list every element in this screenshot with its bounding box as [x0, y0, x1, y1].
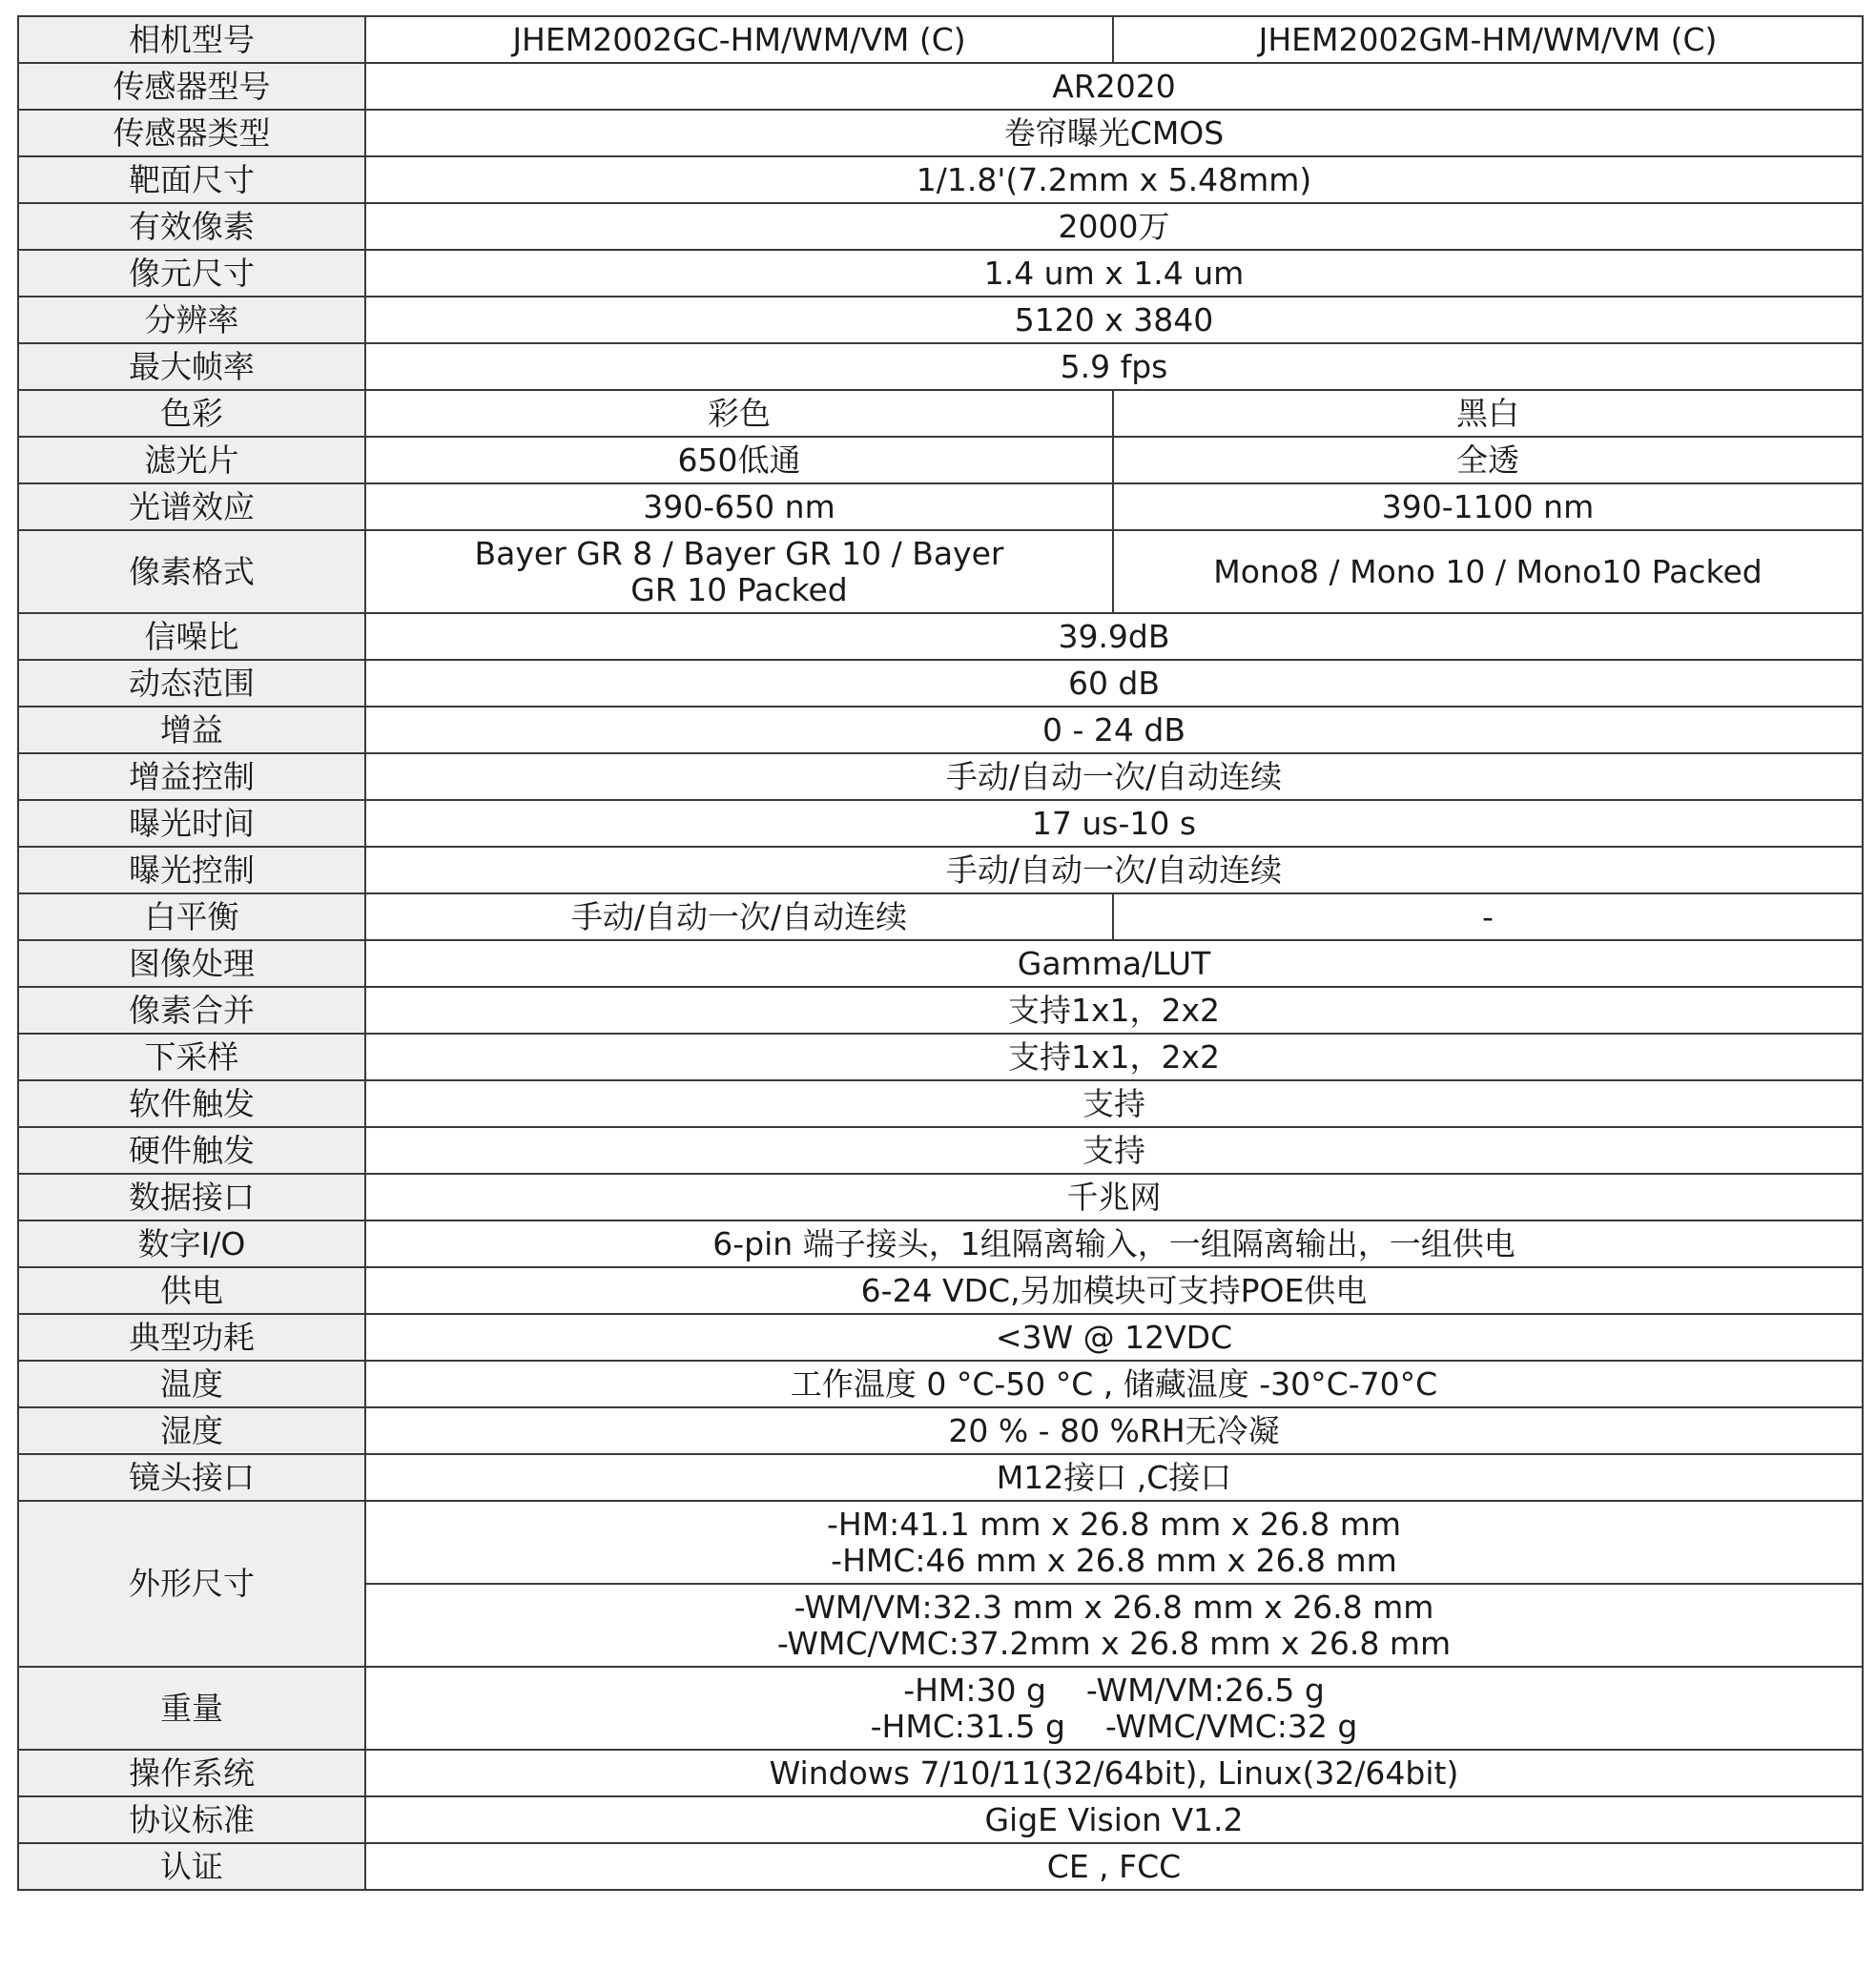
dimension-line: -HM:41.1 mm x 26.8 mm x 26.8 mm — [372, 1507, 1856, 1543]
weight-line: -HM:30 g -WM/VM:26.5 g — [372, 1672, 1856, 1709]
spec-value: 0 - 24 dB — [365, 707, 1863, 753]
spec-table-body: 相机型号JHEM2002GC-HM/WM/VM (C)JHEM2002GM-HM… — [18, 16, 1863, 1890]
spec-row: 协议标准GigE Vision V1.2 — [18, 1796, 1863, 1843]
spec-label: 温度 — [18, 1361, 365, 1407]
spec-label: 最大帧率 — [18, 343, 365, 390]
spec-row: 光谱效应390-650 nm390-1100 nm — [18, 483, 1863, 530]
spec-row: 靶面尺寸1/1.8'(7.2mm x 5.48mm) — [18, 156, 1863, 203]
spec-row: 色彩彩色黑白 — [18, 390, 1863, 437]
spec-label: 像素格式 — [18, 530, 365, 613]
spec-value: 1.4 um x 1.4 um — [365, 250, 1863, 297]
spec-row: 分辨率5120 x 3840 — [18, 297, 1863, 343]
spec-value: 5.9 fps — [365, 343, 1863, 390]
spec-label: 协议标准 — [18, 1796, 365, 1843]
dimension-line: -WM/VM:32.3 mm x 26.8 mm x 26.8 mm — [372, 1590, 1856, 1626]
spec-label-weight: 重量 — [18, 1667, 365, 1750]
spec-row: 动态范围60 dB — [18, 660, 1863, 707]
spec-label: 数据接口 — [18, 1174, 365, 1220]
spec-label: 数字I/O — [18, 1220, 365, 1267]
spec-value-color: 650低通 — [365, 437, 1113, 483]
spec-label: 镜头接口 — [18, 1454, 365, 1501]
spec-value-mono: 黑白 — [1113, 390, 1863, 437]
spec-row: 滤光片650低通全透 — [18, 437, 1863, 483]
spec-label: 湿度 — [18, 1407, 365, 1454]
spec-value: AR2020 — [365, 63, 1863, 110]
spec-label-dimensions: 外形尺寸 — [18, 1501, 365, 1667]
spec-label: 典型功耗 — [18, 1314, 365, 1361]
spec-row: 数据接口千兆网 — [18, 1174, 1863, 1220]
dimension-block: -HM:41.1 mm x 26.8 mm x 26.8 mm-HMC:46 m… — [365, 1501, 1863, 1584]
dimension-line: -HMC:46 mm x 26.8 mm x 26.8 mm — [372, 1543, 1856, 1579]
spec-label: 传感器型号 — [18, 63, 365, 110]
spec-value-color: 手动/自动一次/自动连续 — [365, 893, 1113, 940]
spec-value: <3W @ 12VDC — [365, 1314, 1863, 1361]
spec-value-mono: Mono8 / Mono 10 / Mono10 Packed — [1113, 530, 1863, 613]
spec-value: 17 us-10 s — [365, 800, 1863, 847]
spec-row: 操作系统Windows 7/10/11(32/64bit), Linux(32/… — [18, 1750, 1863, 1796]
spec-label: 认证 — [18, 1843, 365, 1890]
spec-label: 供电 — [18, 1267, 365, 1314]
spec-row: 认证CE , FCC — [18, 1843, 1863, 1890]
spec-value: 6-pin 端子接头，1组隔离输入，一组隔离输出，一组供电 — [365, 1220, 1863, 1267]
spec-value: 支持1x1，2x2 — [365, 1034, 1863, 1080]
spec-value: Windows 7/10/11(32/64bit), Linux(32/64bi… — [365, 1750, 1863, 1796]
spec-row: 重量-HM:30 g -WM/VM:26.5 g-HMC:31.5 g -WMC… — [18, 1667, 1863, 1750]
spec-label: 曝光时间 — [18, 800, 365, 847]
spec-row: 增益控制手动/自动一次/自动连续 — [18, 753, 1863, 800]
spec-label: 信噪比 — [18, 613, 365, 660]
spec-value: Gamma/LUT — [365, 940, 1863, 987]
dimension-line: -WMC/VMC:37.2mm x 26.8 mm x 26.8 mm — [372, 1626, 1856, 1662]
spec-row: 典型功耗<3W @ 12VDC — [18, 1314, 1863, 1361]
spec-value: 卷帘曝光CMOS — [365, 110, 1863, 156]
spec-row: 图像处理Gamma/LUT — [18, 940, 1863, 987]
spec-value: 手动/自动一次/自动连续 — [365, 753, 1863, 800]
spec-label: 像元尺寸 — [18, 250, 365, 297]
spec-label: 分辨率 — [18, 297, 365, 343]
model-color: JHEM2002GC-HM/WM/VM (C) — [365, 16, 1113, 63]
spec-value: 5120 x 3840 — [365, 297, 1863, 343]
spec-value: 手动/自动一次/自动连续 — [365, 847, 1863, 893]
spec-row: 数字I/O6-pin 端子接头，1组隔离输入，一组隔离输出，一组供电 — [18, 1220, 1863, 1267]
spec-row: 曝光时间17 us-10 s — [18, 800, 1863, 847]
spec-value: 支持 — [365, 1127, 1863, 1174]
spec-row: 像素格式Bayer GR 8 / Bayer GR 10 / BayerGR 1… — [18, 530, 1863, 613]
spec-row: 供电6-24 VDC,另加模块可支持POE供电 — [18, 1267, 1863, 1314]
spec-row: 白平衡手动/自动一次/自动连续- — [18, 893, 1863, 940]
spec-row: 有效像素2000万 — [18, 203, 1863, 250]
spec-row: 软件触发支持 — [18, 1080, 1863, 1127]
spec-row: 增益0 - 24 dB — [18, 707, 1863, 753]
spec-label: 靶面尺寸 — [18, 156, 365, 203]
spec-row: 像元尺寸1.4 um x 1.4 um — [18, 250, 1863, 297]
dimension-block: -WM/VM:32.3 mm x 26.8 mm x 26.8 mm-WMC/V… — [365, 1584, 1863, 1667]
spec-label: 传感器类型 — [18, 110, 365, 156]
spec-value: 6-24 VDC,另加模块可支持POE供电 — [365, 1267, 1863, 1314]
spec-row: 下采样支持1x1，2x2 — [18, 1034, 1863, 1080]
spec-value: 工作温度 0 °C-50 °C , 储藏温度 -30°C-70°C — [365, 1361, 1863, 1407]
spec-row: 传感器类型卷帘曝光CMOS — [18, 110, 1863, 156]
spec-label: 下采样 — [18, 1034, 365, 1080]
spec-label: 动态范围 — [18, 660, 365, 707]
spec-row: 曝光控制手动/自动一次/自动连续 — [18, 847, 1863, 893]
spec-row: 像素合并支持1x1，2x2 — [18, 987, 1863, 1034]
spec-row: 最大帧率5.9 fps — [18, 343, 1863, 390]
spec-value: 支持 — [365, 1080, 1863, 1127]
spec-value: M12接口 ,C接口 — [365, 1454, 1863, 1501]
spec-value: 60 dB — [365, 660, 1863, 707]
spec-row: 信噪比39.9dB — [18, 613, 1863, 660]
spec-value-mono: 全透 — [1113, 437, 1863, 483]
spec-value: 2000万 — [365, 203, 1863, 250]
spec-value: 20 % - 80 %RH无冷凝 — [365, 1407, 1863, 1454]
model-mono: JHEM2002GM-HM/WM/VM (C) — [1113, 16, 1863, 63]
spec-value: 1/1.8'(7.2mm x 5.48mm) — [365, 156, 1863, 203]
spec-row: 温度工作温度 0 °C-50 °C , 储藏温度 -30°C-70°C — [18, 1361, 1863, 1407]
spec-label: 相机型号 — [18, 16, 365, 63]
spec-value-mono: - — [1113, 893, 1863, 940]
spec-label: 曝光控制 — [18, 847, 365, 893]
spec-label: 增益 — [18, 707, 365, 753]
spec-value-line: Bayer GR 8 / Bayer GR 10 / Bayer — [372, 536, 1106, 572]
spec-value-color: 390-650 nm — [365, 483, 1113, 530]
spec-value: GigE Vision V1.2 — [365, 1796, 1863, 1843]
spec-table: 相机型号JHEM2002GC-HM/WM/VM (C)JHEM2002GM-HM… — [17, 15, 1864, 1891]
spec-label: 白平衡 — [18, 893, 365, 940]
spec-value-line: GR 10 Packed — [372, 572, 1106, 608]
spec-row: 硬件触发支持 — [18, 1127, 1863, 1174]
weight-line: -HMC:31.5 g -WMC/VMC:32 g — [372, 1709, 1856, 1745]
spec-value: CE , FCC — [365, 1843, 1863, 1890]
spec-value-color: Bayer GR 8 / Bayer GR 10 / BayerGR 10 Pa… — [365, 530, 1113, 613]
spec-label: 光谱效应 — [18, 483, 365, 530]
spec-row: 传感器型号AR2020 — [18, 63, 1863, 110]
spec-row: 湿度20 % - 80 %RH无冷凝 — [18, 1407, 1863, 1454]
spec-row: 镜头接口M12接口 ,C接口 — [18, 1454, 1863, 1501]
spec-row: 相机型号JHEM2002GC-HM/WM/VM (C)JHEM2002GM-HM… — [18, 16, 1863, 63]
spec-label: 硬件触发 — [18, 1127, 365, 1174]
spec-label: 图像处理 — [18, 940, 365, 987]
spec-label: 像素合并 — [18, 987, 365, 1034]
spec-label: 色彩 — [18, 390, 365, 437]
spec-label: 软件触发 — [18, 1080, 365, 1127]
spec-row: 外形尺寸-HM:41.1 mm x 26.8 mm x 26.8 mm-HMC:… — [18, 1501, 1863, 1584]
spec-label: 滤光片 — [18, 437, 365, 483]
spec-value: 39.9dB — [365, 613, 1863, 660]
spec-value: 支持1x1，2x2 — [365, 987, 1863, 1034]
spec-label: 操作系统 — [18, 1750, 365, 1796]
spec-value-color: 彩色 — [365, 390, 1113, 437]
spec-label: 增益控制 — [18, 753, 365, 800]
spec-value-mono: 390-1100 nm — [1113, 483, 1863, 530]
spec-label: 有效像素 — [18, 203, 365, 250]
spec-value: 千兆网 — [365, 1174, 1863, 1220]
weight-block: -HM:30 g -WM/VM:26.5 g-HMC:31.5 g -WMC/V… — [365, 1667, 1863, 1750]
